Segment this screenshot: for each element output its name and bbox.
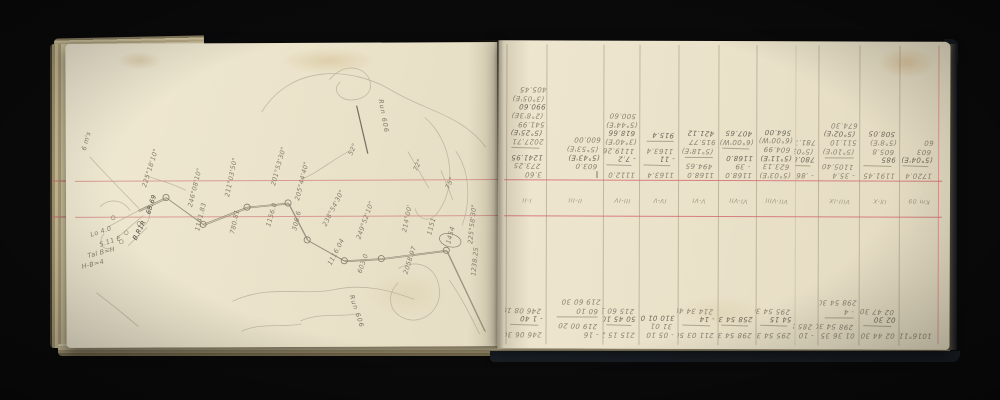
svg-text:B.R1R: B.R1R xyxy=(131,219,148,241)
svg-text:205°44'40": 205°44'40" xyxy=(293,161,310,202)
ledger-entries: 295 54 3054 15295 54 30 xyxy=(753,222,799,340)
ledger-column: 3.60273.251241.952027.71(5°25'E)541.99(2… xyxy=(505,44,547,344)
left-page: 6 m's225°18'10"68.69B.R1R246°08'10"1141.… xyxy=(65,42,498,348)
right-page: 3.60273.251241.952027.71(5°25'E)541.99(2… xyxy=(497,40,950,350)
ledger-columns: 3.60273.251241.952027.71(5°25'E)541.99(2… xyxy=(497,44,950,346)
red-ruling-edge-mark xyxy=(52,216,66,218)
svg-text:Run 606: Run 606 xyxy=(377,99,391,134)
leg-id-label: IV-V xyxy=(640,183,679,217)
ledger-column: - .86780.84(5°03'E)781.70- 10285 54 40 xyxy=(794,45,819,345)
svg-text:2058.97: 2058.97 xyxy=(402,244,419,275)
svg-text:249°52'10": 249°52'10" xyxy=(355,200,376,240)
leg-id-label: IX-X xyxy=(860,183,900,217)
red-ruling-edge-mark xyxy=(52,180,66,182)
svg-text:H-B=4: H-B=4 xyxy=(81,257,105,270)
svg-text:780.81: 780.81 xyxy=(228,209,241,235)
svg-text:603.0: 603.0 xyxy=(356,253,370,275)
leg-id-label: VII-VIII xyxy=(757,183,796,217)
ledger-entries: - 16219 00 2060 10219 60 30 xyxy=(543,221,607,339)
ledger-entries: 1720.4(5°04'E)60360 xyxy=(897,47,941,181)
svg-text:1156.0: 1156.0 xyxy=(264,202,278,228)
svg-text:Run 606: Run 606 xyxy=(348,294,366,329)
ledger-column: ∥603.0(5°43'E)(5°53'E)600.00II-III- 1621… xyxy=(545,44,604,344)
ledger-entries: ∥603.0(5°43'E)(5°53'E)600.00 xyxy=(544,45,608,179)
ledger-column: (5°03'E)623.13(5°11'E)604.99(6°00'W)564.… xyxy=(755,45,796,345)
svg-text:72°: 72° xyxy=(411,158,423,173)
ledger-column: 1191.45985605.8(5°8'E)508.05IX-X02 44 30… xyxy=(858,45,900,345)
ledger-entries: 246 06 30- 1 40246 08 10 xyxy=(503,221,550,339)
svg-text:214°00': 214°00' xyxy=(400,204,413,233)
sketch-svg: 6 m's225°18'10"68.69B.R1R246°08'10"1141.… xyxy=(65,42,498,348)
leg-id-label: III-IV xyxy=(604,183,640,217)
ledger-column: 1112.0- 7.21119.26(3°40'E)618.66(5°44'E)… xyxy=(602,45,640,345)
leg-id-label: Km 09 xyxy=(900,184,937,218)
leg-id-label: VI-VII xyxy=(719,183,757,217)
svg-text:6 m's: 6 m's xyxy=(80,130,93,151)
svg-text:1238.25: 1238.25 xyxy=(469,247,480,277)
svg-text:225°58'30": 225°58'30" xyxy=(466,204,478,245)
ledger-entries: 211 03 50- 14214 34 40 xyxy=(675,222,722,340)
ledger-column: 1168.0- 391168.0(6°00'W)407.65VI-VII298 … xyxy=(717,45,757,345)
ledger-column: - 35.41105.40(5°10'E)511.10(5°02'E)674.3… xyxy=(817,45,860,345)
ledger-column: 1168.0494.65(5°18'E)915.77421.12V-VI211 … xyxy=(677,45,719,345)
svg-text:211°03'50": 211°03'50" xyxy=(223,157,239,198)
svg-text:201°53'30": 201°53'30" xyxy=(269,146,288,187)
svg-text:1141.83: 1141.83 xyxy=(193,202,208,232)
photo-background: 6 m's225°18'10"68.69B.R1R246°08'10"1141.… xyxy=(0,0,1000,400)
ledger-entries: 02 44 3002 3002 47 30 xyxy=(856,222,903,340)
svg-text:75°: 75° xyxy=(444,175,456,190)
svg-text:68.69: 68.69 xyxy=(144,194,158,216)
svg-text:225°18'10": 225°18'10" xyxy=(140,148,160,189)
leg-id-label: VIII-IX xyxy=(819,183,860,217)
svg-text:52°: 52° xyxy=(346,142,358,157)
ledger-entries: - 05 1031 01310 01 05 xyxy=(636,222,682,340)
ledger-column: 1163.4- 111163.4915.4IV-V- 05 1031 01310… xyxy=(638,45,679,345)
ledger-entries: 298 54 30258 54 30 xyxy=(715,222,760,340)
ledger-entries: 1016°11'15 xyxy=(896,223,940,341)
svg-text:246°08'10": 246°08'10" xyxy=(186,167,203,208)
leg-id-label: V-VI xyxy=(679,183,719,217)
ledger-entries: 01 36 35298 54 30- 4298 54 30 xyxy=(815,222,863,340)
ledger-column: 1720.4(5°04'E)60360Km 091016°11'15 xyxy=(898,46,937,346)
svg-text:238°54'30": 238°54'30" xyxy=(321,188,346,227)
leg-id-label: I-II xyxy=(507,182,547,216)
book-cover-edge-bottom xyxy=(490,351,960,362)
leg-id-label: II-III xyxy=(547,182,604,216)
